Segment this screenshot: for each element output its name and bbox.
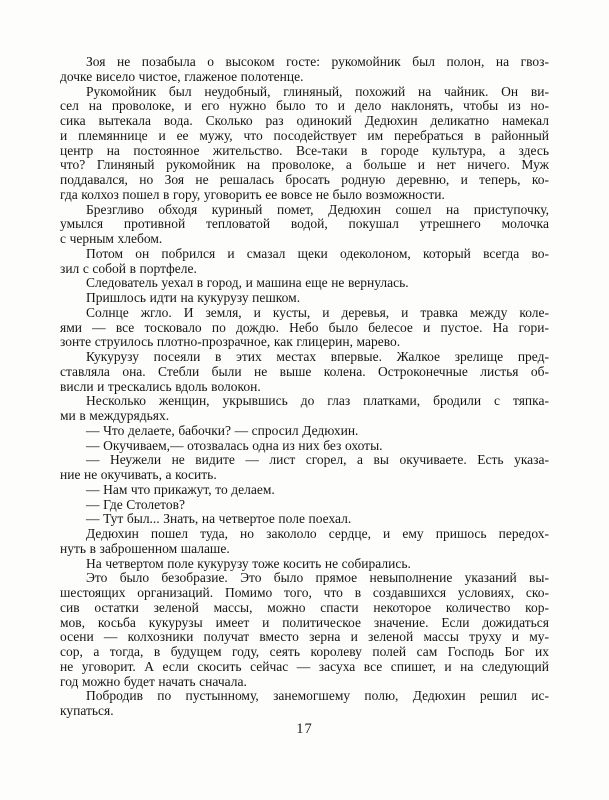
text-line: Дедюхин пошел туда, но закололо сердце, … bbox=[60, 527, 549, 542]
text-line: год можно будет начать сначала. bbox=[60, 675, 549, 690]
text-line: умылся противной тепловатой водой, покуш… bbox=[60, 217, 549, 232]
page-text-block: Зоя не позабыла о высоком госте: рукомой… bbox=[60, 55, 549, 719]
text-line: Пришлось идти на кукурузу пешком. bbox=[60, 291, 549, 306]
text-line: Это было безобразие. Это было прямое нев… bbox=[60, 571, 549, 586]
text-line: осени — колхозники получат вместо зерна … bbox=[60, 630, 549, 645]
text-line: нуть в заброшенном шалаше. bbox=[60, 542, 549, 557]
text-line: Следователь уехал в город, и машина еще … bbox=[60, 276, 549, 291]
text-line: сика вытекала вода. Сколько раз одинокий… bbox=[60, 114, 549, 129]
text-line: ми в междурядьях. bbox=[60, 409, 549, 424]
text-line: сив остатки зеленой массы, можно спасти … bbox=[60, 601, 549, 616]
text-line: центр на постоянное жительство. Все-таки… bbox=[60, 144, 549, 159]
text-line: — Окучиваем,— отозвалась одна из них без… bbox=[60, 439, 549, 454]
text-line: сел на проволоке, и его нужно было то и … bbox=[60, 99, 549, 114]
text-line: Солнце жгло. И земля, и кусты, и деревья… bbox=[60, 306, 549, 321]
text-line: На четвертом поле кукурузу тоже косить н… bbox=[60, 557, 549, 572]
text-line: ями — все тосковало по дождю. Небо было … bbox=[60, 321, 549, 336]
text-line: что? Глиняный рукомойник на проволоке, а… bbox=[60, 158, 549, 173]
text-line: сор, а тогда, в будущем году, сеять коро… bbox=[60, 645, 549, 660]
text-line: мов, косьба кукурузы имеет и политическо… bbox=[60, 616, 549, 631]
text-line: зил с собой в портфеле. bbox=[60, 262, 549, 277]
text-line: — Неужели не видите — лист сгорел, а вы … bbox=[60, 453, 549, 468]
text-line: — Тут был... Знать, на четвертое поле по… bbox=[60, 512, 549, 527]
text-line: Рукомойник был неудобный, глиняный, похо… bbox=[60, 85, 549, 100]
page-number: 17 bbox=[60, 721, 549, 738]
book-page: Зоя не позабыла о высоком госте: рукомой… bbox=[0, 0, 609, 800]
text-line: ние не окучивать, а косить. bbox=[60, 468, 549, 483]
text-line: гда колхоз пошел в гору, уговорить ее во… bbox=[60, 188, 549, 203]
text-line: поддавался, но Зоя не решалась бросать р… bbox=[60, 173, 549, 188]
text-line: ставляла она. Стебли были не выше колена… bbox=[60, 365, 549, 380]
text-line: купаться. bbox=[60, 704, 549, 719]
text-line: дочке висело чистое, глаженое полотенце. bbox=[60, 70, 549, 85]
text-line: Зоя не позабыла о высоком госте: рукомой… bbox=[60, 55, 549, 70]
text-line: Брезгливо обходя куриный помет, Дедюхин … bbox=[60, 203, 549, 218]
text-line: Потом он побрился и смазал щеки одеколон… bbox=[60, 247, 549, 262]
text-line: с черным хлебом. bbox=[60, 232, 549, 247]
text-line: — Нам что прикажут, то делаем. bbox=[60, 483, 549, 498]
text-line: шестоящих организаций. Помимо того, что … bbox=[60, 586, 549, 601]
text-line: не уговорит. А если скосить сейчас — зас… bbox=[60, 660, 549, 675]
text-line: Кукурузу посеяли в этих местах впервые. … bbox=[60, 350, 549, 365]
text-line: — Где Столетов? bbox=[60, 498, 549, 513]
text-line: — Что делаете, бабочки? — спросил Дедюхи… bbox=[60, 424, 549, 439]
text-line: Несколько женщин, укрывшись до глаз плат… bbox=[60, 394, 549, 409]
text-line: Побродив по пустынному, занемогшему полю… bbox=[60, 689, 549, 704]
text-line: и племяннице и ее мужу, что посодействуе… bbox=[60, 129, 549, 144]
text-line: зонте струилось плотно-прозрачное, как г… bbox=[60, 335, 549, 350]
text-line: висли и трескались вдоль волокон. bbox=[60, 380, 549, 395]
